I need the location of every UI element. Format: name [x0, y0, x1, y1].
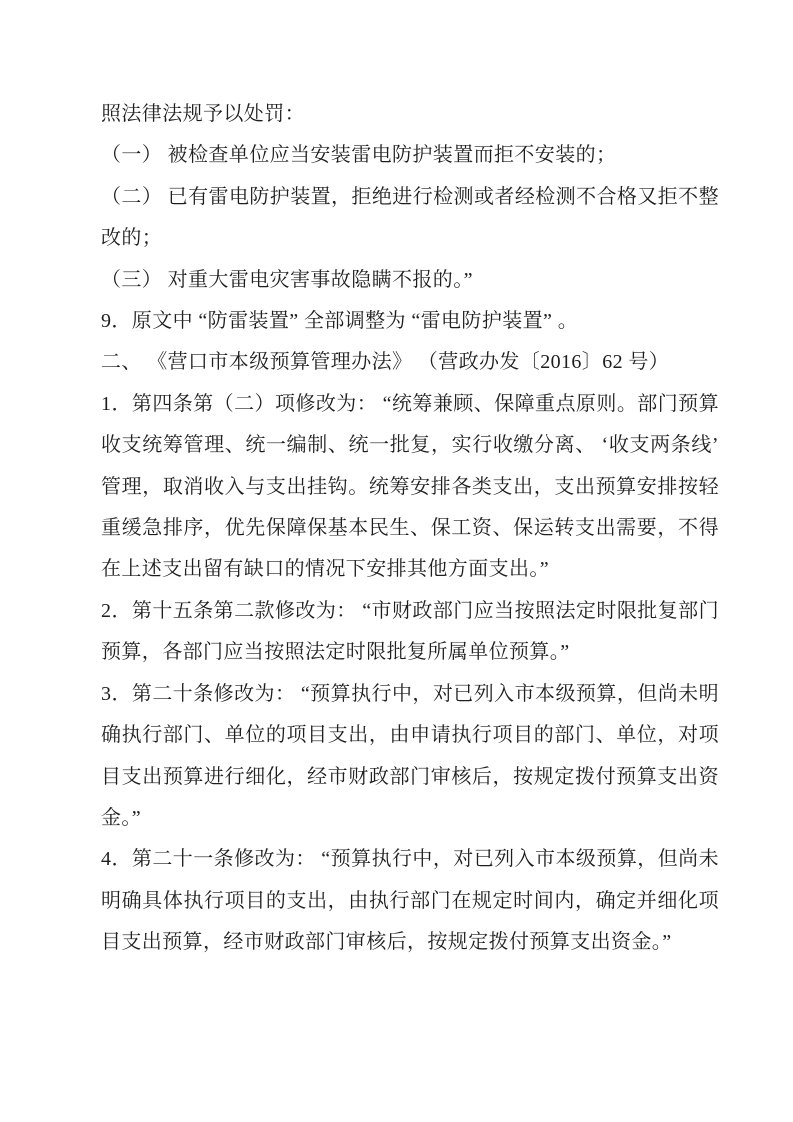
paragraph-item-3: （三） 对重大雷电灾害事故隐瞒不报的。” [101, 260, 719, 301]
paragraph-point-4: 4．第二十一条修改为： “预算执行中，对已列入市本级预算，但尚未明确具体执行项目… [101, 839, 719, 963]
paragraph-point-1: 1．第四条第（二）项修改为： “统筹兼顾、保障重点原则。部门预算收支统筹管理、统… [101, 384, 719, 591]
paragraph-continuation: 照法律法规予以处罚： [101, 94, 719, 135]
paragraph-section-2-heading: 二、 《营口市本级预算管理办法》 （营政办发〔2016〕62 号） [101, 342, 719, 383]
paragraph-item-1: （一） 被检查单位应当安装雷电防护装置而拒不安装的； [101, 135, 719, 176]
paragraph-item-2: （二） 已有雷电防护装置，拒绝进行检测或者经检测不合格又拒不整改的； [101, 177, 719, 260]
paragraph-point-2: 2．第十五条第二款修改为： “市财政部门应当按照法定时限批复部门预算，各部门应当… [101, 591, 719, 674]
paragraph-point-3: 3．第二十条修改为： “预算执行中，对已列入市本级预算，但尚未明确执行部门、单位… [101, 674, 719, 840]
paragraph-point-9: 9．原文中 “防雷装置” 全部调整为 “雷电防护装置” 。 [101, 301, 719, 342]
document-text-block: 照法律法规予以处罚： （一） 被检查单位应当安装雷电防护装置而拒不安装的； （二… [101, 94, 719, 964]
document-page: 照法律法规予以处罚： （一） 被检查单位应当安装雷电防护装置而拒不安装的； （二… [0, 0, 793, 1122]
